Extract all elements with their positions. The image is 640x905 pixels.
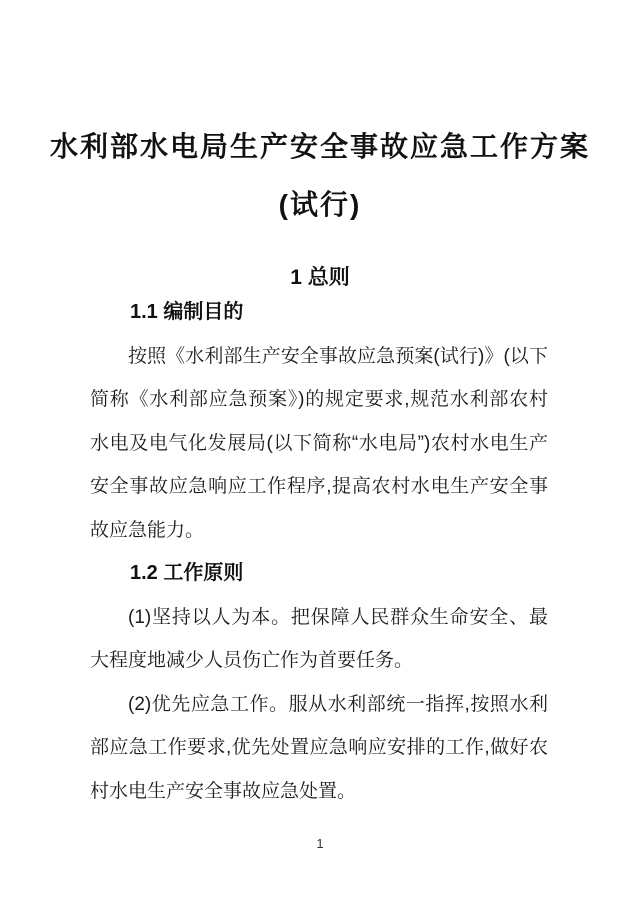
page-number: 1 — [0, 836, 640, 851]
document-title: 水利部水电局生产安全事故应急工作方案 (试行) — [0, 118, 640, 234]
document-page: 水利部水电局生产安全事故应急工作方案 (试行) 1 总则 1.1 编制目的 按照… — [0, 0, 640, 905]
subsection-heading-1-1: 1.1 编制目的 — [90, 291, 548, 335]
document-title-line1: 水利部水电局生产安全事故应急工作方案 — [0, 118, 640, 176]
document-title-line2: (试行) — [0, 176, 640, 234]
subsection-heading-1-2: 1.2 工作原则 — [90, 552, 548, 596]
paragraph-purpose: 按照《水利部生产安全事故应急预案(试行)》(以下简称《水利部应急预案》)的规定要… — [90, 335, 548, 553]
paragraph-principle-1: (1)坚持以人为本。把保障人民群众生命安全、最大程度地减少人员伤亡作为首要任务。 — [90, 596, 548, 683]
document-body: 1.1 编制目的 按照《水利部生产安全事故应急预案(试行)》(以下简称《水利部应… — [90, 291, 548, 813]
section-heading: 1 总则 — [0, 262, 640, 294]
paragraph-principle-2: (2)优先应急工作。服从水利部统一指挥,按照水利部应急工作要求,优先处置应急响应… — [90, 683, 548, 814]
